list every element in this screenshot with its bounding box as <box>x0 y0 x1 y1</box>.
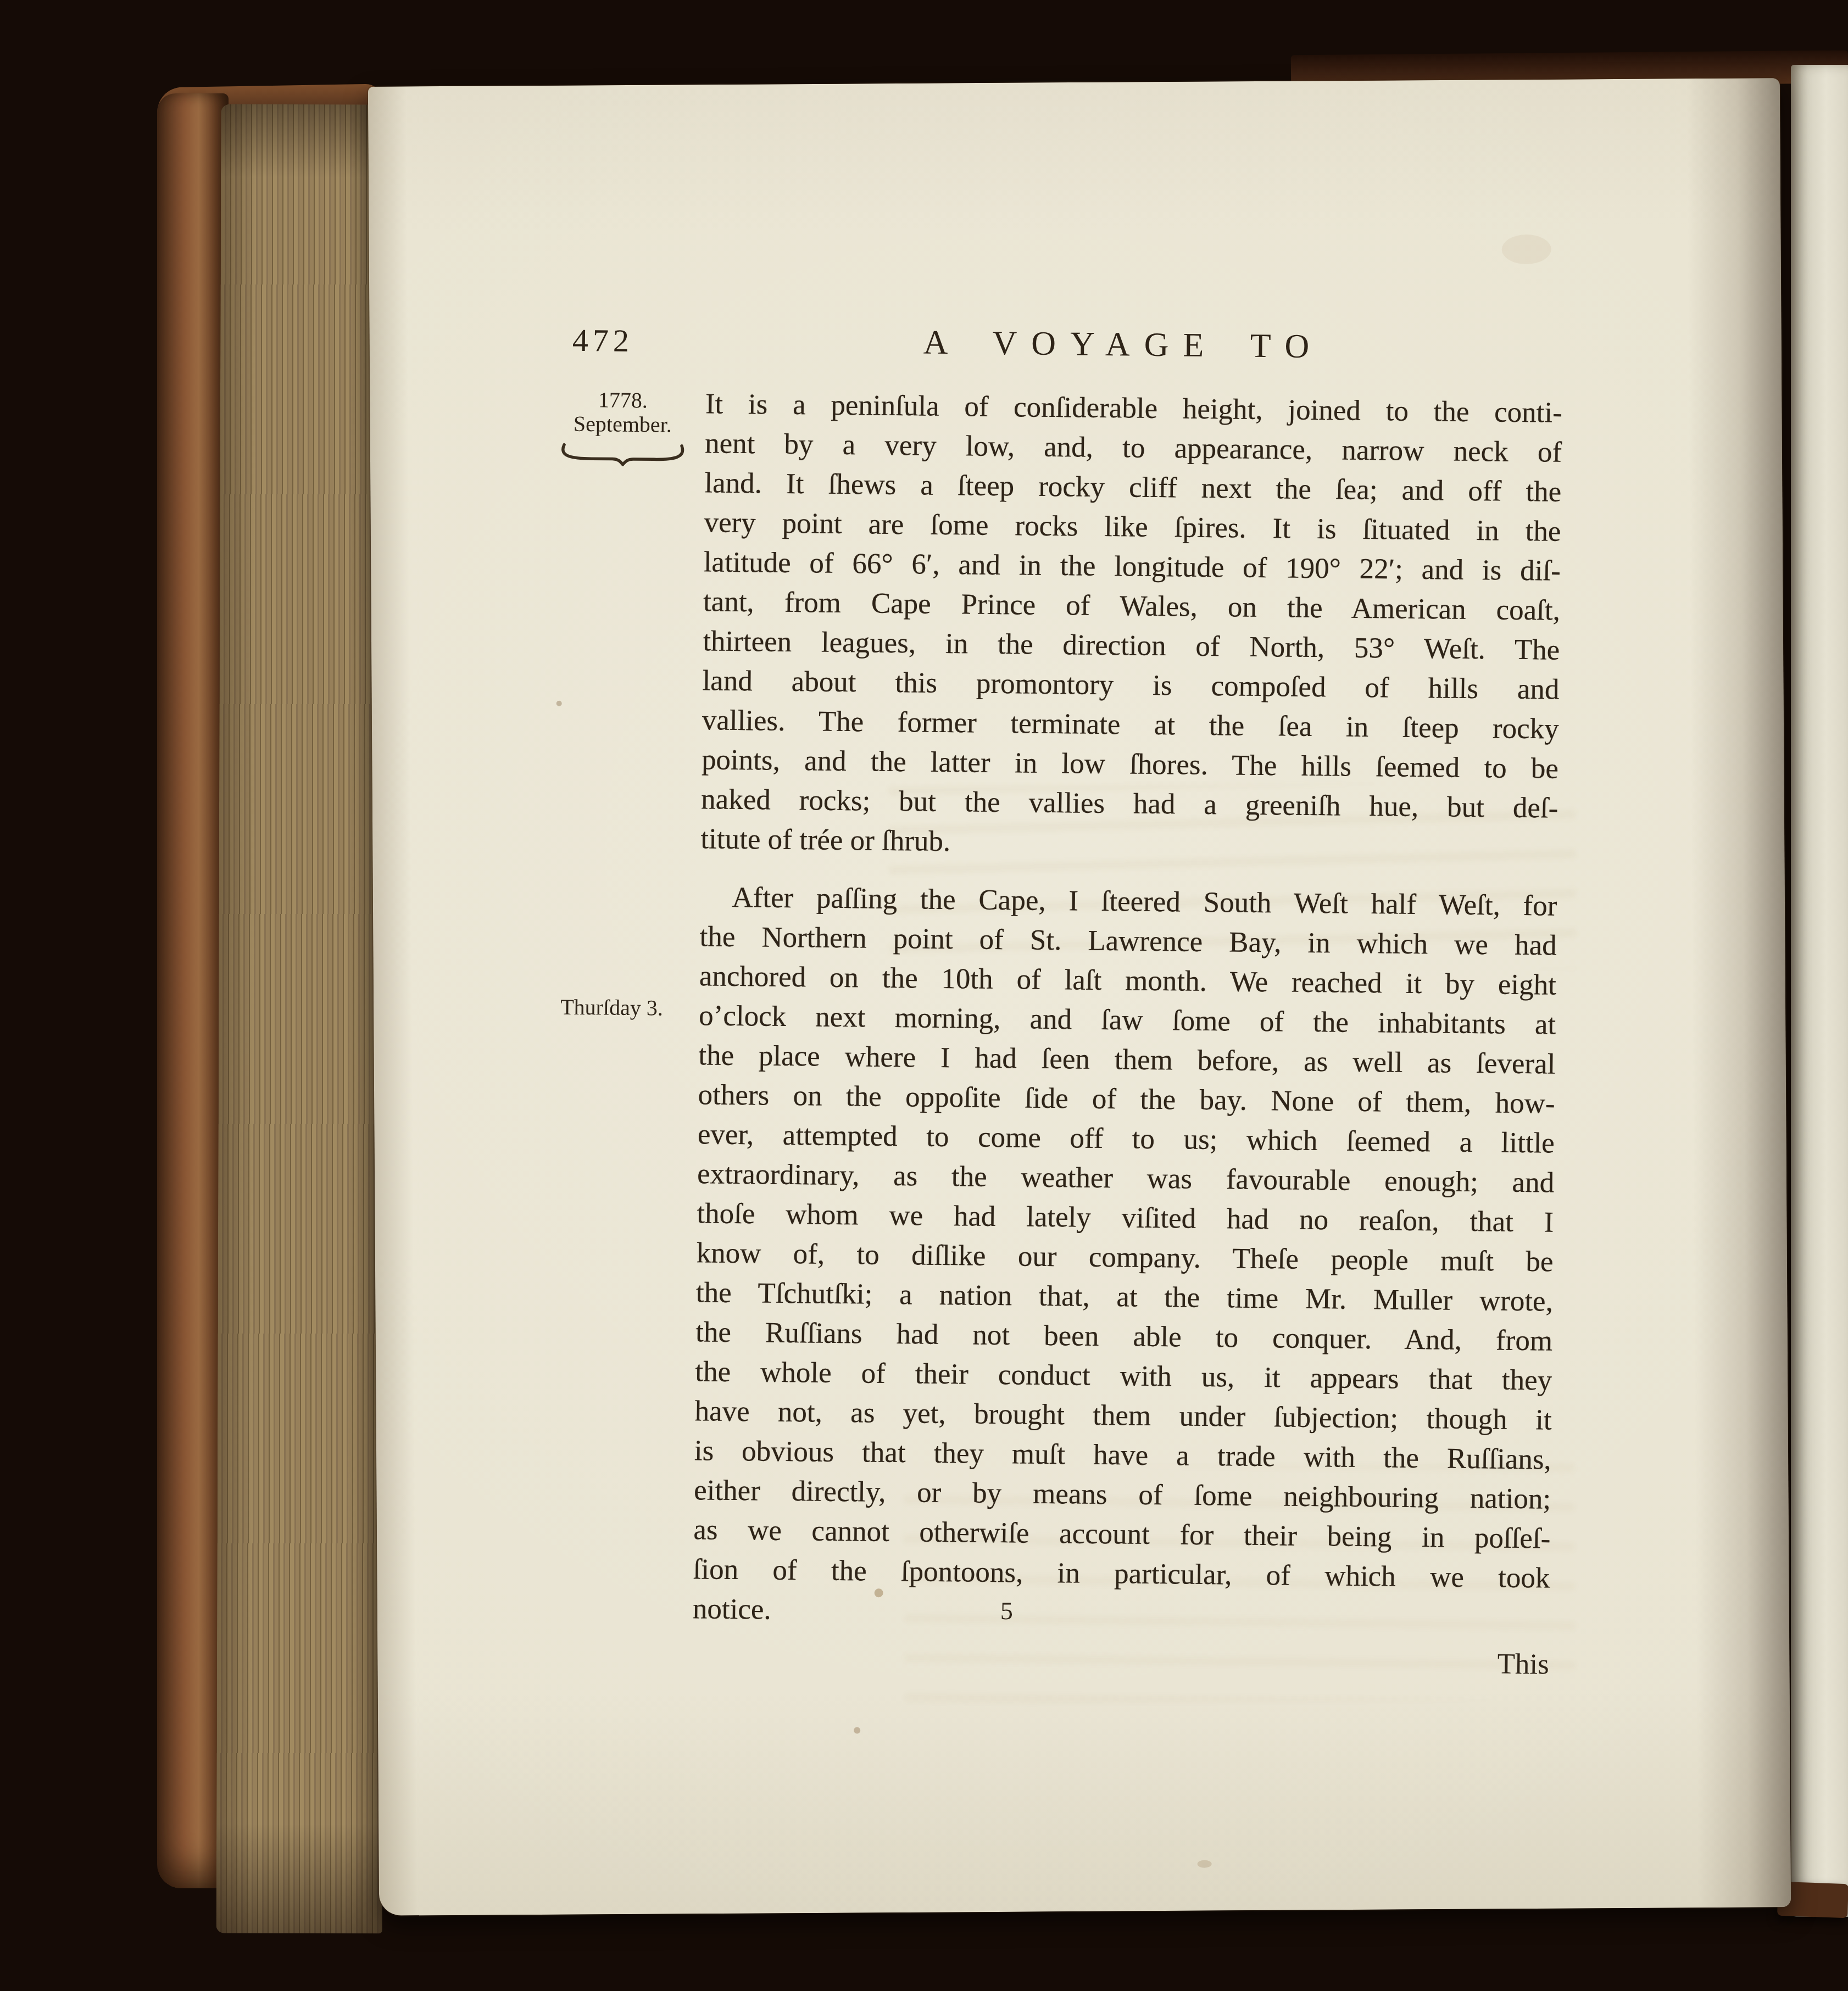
margin-brace-icon <box>558 440 688 467</box>
margin-note-day: Thurſday 3. <box>560 994 703 1022</box>
signature-mark: 5 <box>1000 1596 1014 1625</box>
catchword: This <box>692 1639 1550 1681</box>
page-content: 472 A VOYAGE TO 1778. September. Thurſda… <box>349 87 1780 1931</box>
page-number: 472 <box>572 322 634 359</box>
paragraph: It is a peninſula of conſiderable height… <box>700 384 1562 867</box>
photo-scene: 472 A VOYAGE TO 1778. September. Thurſda… <box>0 0 1848 1991</box>
facing-page-edge <box>1791 65 1848 1917</box>
book-page: 472 A VOYAGE TO 1778. September. Thurſda… <box>368 78 1791 1916</box>
margin-note-month: September. <box>556 412 688 438</box>
paragraph: After paſſing the Cape, I ſteered South … <box>692 877 1557 1637</box>
running-header: A VOYAGE TO <box>695 321 1552 369</box>
margin-note-year: 1778. <box>557 388 689 414</box>
